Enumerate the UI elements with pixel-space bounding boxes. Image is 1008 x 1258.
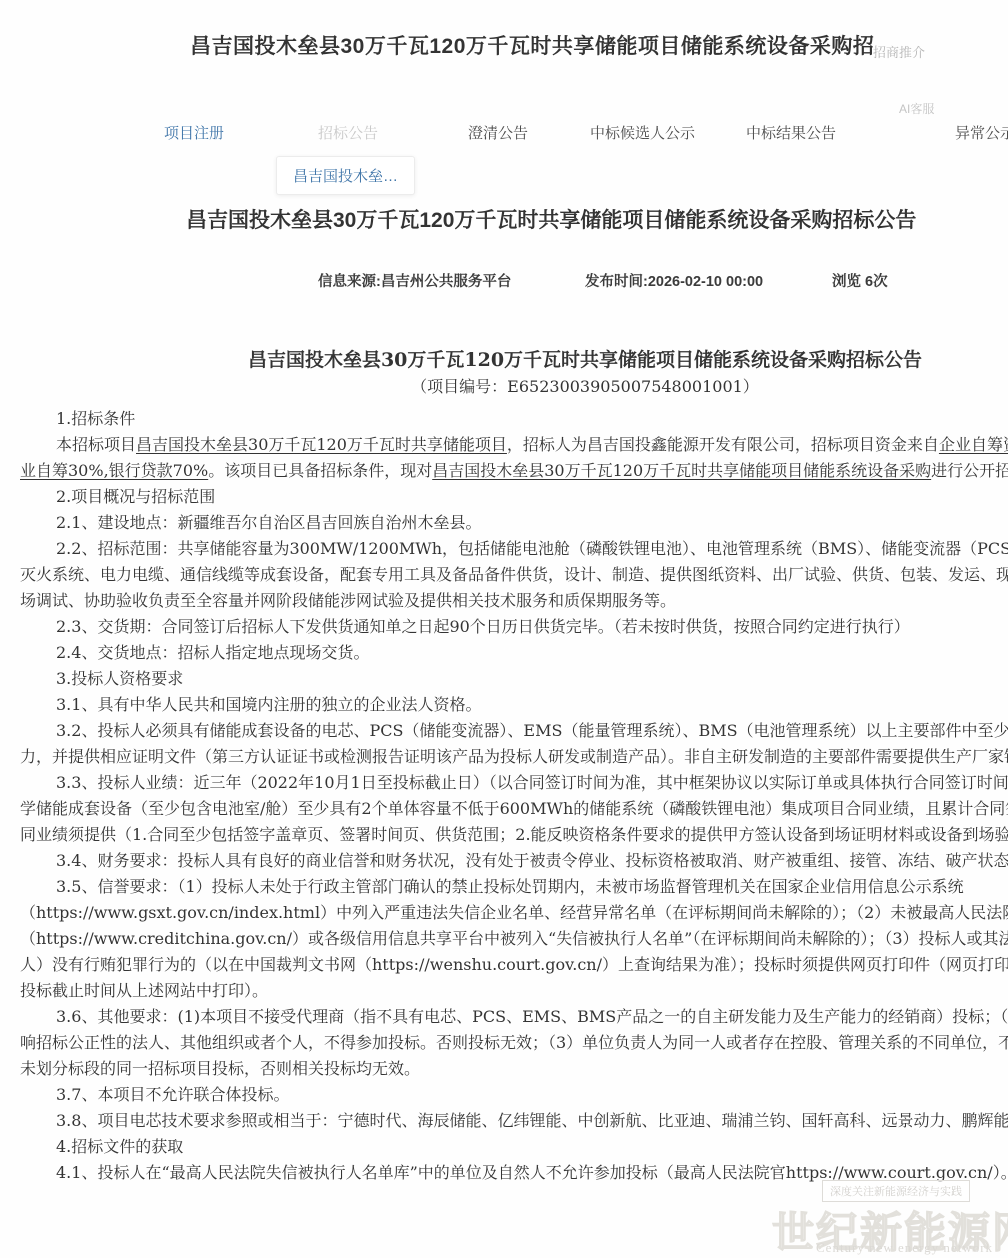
watermark-caption: Century new energy network bbox=[816, 1240, 993, 1256]
doc-line: （https://www.gsxt.gov.cn/index.html）中列入严… bbox=[0, 900, 1008, 926]
doc-line: 3.2、投标人必须具有储能成套设备的电芯、PCS（储能变流器）、EMS（能量管理… bbox=[0, 718, 1008, 744]
doc-line: 力，并提供相应证明文件（第三方认证证书或检测报告证明该产品为投标人研发或制造产品… bbox=[0, 744, 1008, 770]
page: 昌吉国投木垒县30万千瓦120万千瓦时共享储能项目储能系统设备采购招 招商推介 … bbox=[0, 0, 1008, 1258]
doc-line: 人）没有行贿犯罪行为的（以在中国裁判文书网（https://wenshu.cou… bbox=[0, 952, 1008, 978]
doc-line: 业自筹30%,银行贷款70%。该项目已具备招标条件，现对昌吉国投木垒县30万千瓦… bbox=[0, 458, 1008, 484]
doc-line: 3.8、项目电芯技术要求参照或相当于：宁德时代、海辰储能、亿纬锂能、中创新航、比… bbox=[0, 1108, 1008, 1134]
doc-line: 3.4、财务要求：投标人具有良好的商业信誉和财务状况，没有处于被责令停业、投标资… bbox=[0, 848, 1008, 874]
ai-service-link[interactable]: AI客服 bbox=[899, 100, 934, 117]
watermark-banner: 深度关注新能源经济与实践 bbox=[822, 1180, 970, 1202]
doc-line: 3.7、本项目不允许联合体投标。 bbox=[0, 1082, 1008, 1108]
doc-line: 1.招标条件 bbox=[0, 406, 1008, 432]
doc-line: 2.3、交货期：合同签订后招标人下发供货通知单之日起90个日历日供货完毕。（若未… bbox=[0, 614, 1008, 640]
doc-line: 2.2、招标范围：共享储能容量为300MW/1200MWh，包括储能电池舱（磷酸… bbox=[0, 536, 1008, 562]
doc-line: 本招标项目昌吉国投木垒县30万千瓦120万千瓦时共享储能项目，招标人为昌吉国投鑫… bbox=[0, 432, 1008, 458]
doc-line: 3.3、投标人业绩：近三年（2022年10月1日至投标截止日）（以合同签订时间为… bbox=[0, 770, 1008, 796]
promo-badge: 招商推介 bbox=[873, 42, 925, 61]
doc-line: 3.5、信誉要求：（1）投标人未处于行政主管部门确认的禁止投标处罚期内，未被市场… bbox=[0, 874, 1008, 900]
doc-line: 灭火系统、电力电缆、通信线缆等成套设备，配套专用工具及备品备件供货，设计、制造、… bbox=[0, 562, 1008, 588]
doc-line: 投标截止时间从上述网站中打印）。 bbox=[0, 978, 1008, 1004]
doc-line: 3.1、具有中华人民共和国境内注册的独立的企业法人资格。 bbox=[0, 692, 1008, 718]
nav-tab-clarification[interactable]: 澄清公告 bbox=[468, 122, 528, 143]
nav-tab-award-result[interactable]: 中标结果公告 bbox=[746, 122, 836, 143]
info-source: 信息来源:昌吉州公共服务平台 bbox=[318, 270, 511, 291]
nav-tab-abnormal-notice[interactable]: 异常公示 bbox=[955, 122, 1008, 143]
doc-line: 3.6、其他要求：(1)本项目不接受代理商（指不具有电芯、PCS、EMS、BMS… bbox=[0, 1004, 1008, 1030]
doc-line: 2.项目概况与招标范围 bbox=[0, 484, 1008, 510]
doc-line: （https://www.creditchina.gov.cn/）或各级信用信息… bbox=[0, 926, 1008, 952]
article-title: 昌吉国投木垒县30万千瓦120万千瓦时共享储能项目储能系统设备采购招标公告 bbox=[186, 204, 1008, 234]
doc-line: 场调试、协助验收负责至全容量并网阶段储能涉网试验及提供相关技术服务和质保期服务等… bbox=[0, 588, 1008, 614]
document-body: 1.招标条件本招标项目昌吉国投木垒县30万千瓦120万千瓦时共享储能项目，招标人… bbox=[0, 406, 1008, 1186]
view-count: 浏览 6次 bbox=[832, 270, 888, 291]
doc-line: 同业绩须提供（1.合同至少包括签字盖章页、签署时间页、供货范围；2.能反映资格条… bbox=[0, 822, 1008, 848]
doc-line: 2.4、交货地点：招标人指定地点现场交货。 bbox=[0, 640, 1008, 666]
nav-tab-project-register[interactable]: 项目注册 bbox=[164, 122, 224, 143]
project-tab-chip[interactable]: 昌吉国投木垒… bbox=[276, 156, 415, 195]
doc-line: 响招标公正性的法人、其他组织或者个人，不得参加投标。否则投标无效；（3）单位负责… bbox=[0, 1030, 1008, 1056]
doc-line: 学储能成套设备（至少包含电池室/舱）至少具有2个单体容量不低于600MWh的储能… bbox=[0, 796, 1008, 822]
document-project-number: （项目编号：E6523003905007548001001） bbox=[0, 376, 1008, 398]
nav-tab-tender-notice[interactable]: 招标公告 bbox=[318, 122, 378, 143]
document: 昌吉国投木垒县30万千瓦120万千瓦时共享储能项目储能系统设备采购招标公告 （项… bbox=[0, 348, 1008, 1186]
doc-line: 未划分标段的同一招标项目投标，否则相关投标均无效。 bbox=[0, 1056, 1008, 1082]
nav-tab-candidate-publicity[interactable]: 中标候选人公示 bbox=[590, 122, 695, 143]
doc-line: 3.投标人资格要求 bbox=[0, 666, 1008, 692]
doc-line: 4.招标文件的获取 bbox=[0, 1134, 1008, 1160]
doc-line: 2.1、建设地点：新疆维吾尔自治区昌吉回族自治州木垒县。 bbox=[0, 510, 1008, 536]
page-title: 昌吉国投木垒县30万千瓦120万千瓦时共享储能项目储能系统设备采购招 bbox=[190, 30, 890, 60]
document-title: 昌吉国投木垒县30万千瓦120万千瓦时共享储能项目储能系统设备采购招标公告 bbox=[0, 348, 1008, 372]
publish-time: 发布时间:2026-02-10 00:00 bbox=[585, 270, 763, 291]
